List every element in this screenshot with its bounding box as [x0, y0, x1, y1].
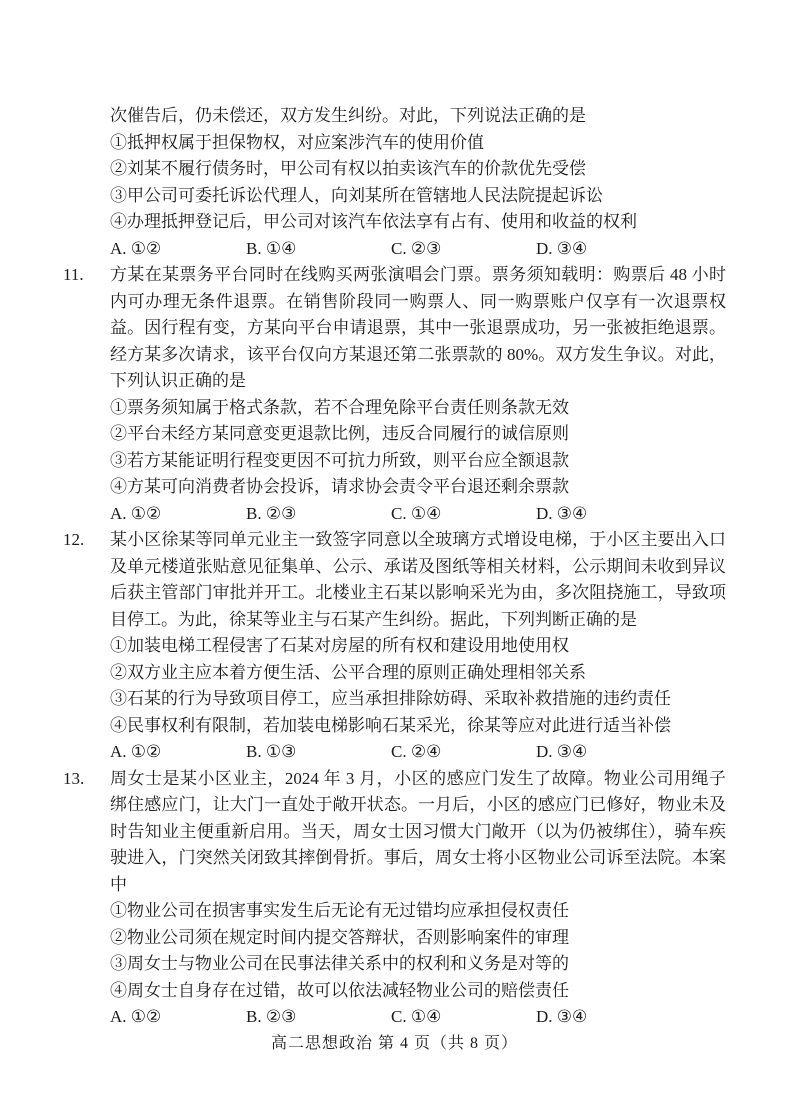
choice-line-1: ①票务须知属于格式条款，若不合理免除平台责任则条款无效	[110, 395, 726, 422]
question-body: 周女士是某小区业主，2024 年 3 月，小区的感应门发生了故障。物业公司用绳子…	[110, 766, 726, 1031]
choice-line-1: ①抵押权属于担保物权，对应案涉汽车的使用价值	[110, 130, 726, 157]
choice-line-3: ③周女士与物业公司在民事法律关系中的权利和义务是对等的	[110, 951, 726, 978]
choice-line-3: ③甲公司可委托诉讼代理人，向刘某所在管辖地人民法院提起诉讼	[110, 183, 726, 210]
answer-option-d: D. ③④	[536, 501, 726, 528]
answer-option-b: B. ②③	[246, 501, 391, 528]
page-footer: 高二思想政治 第 4 页（共 8 页）	[63, 1031, 726, 1058]
question-body: 方某在某票务平台同时在线购买两张演唱会门票。票务须知载明：购票后 48 小时内可…	[110, 262, 726, 527]
answer-option-a: A. ①②	[110, 236, 246, 263]
question-12: 12. 某小区徐某等同单元业主一致签字同意以全玻璃方式增设电梯，于小区主要出入口…	[63, 527, 726, 766]
choice-line-4: ④方某可向消费者协会投诉，请求协会责令平台退还剩余票款	[110, 474, 726, 501]
question-stem: 次催告后，仍未偿还，双方发生纠纷。对此，下列说法正确的是	[110, 103, 726, 130]
choice-line-4: ④民事权利有限制，若加装电梯影响石某采光，徐某等应对此进行适当补偿	[110, 713, 726, 740]
question-number: 13.	[63, 766, 110, 1031]
answer-option-a: A. ①②	[110, 1004, 246, 1031]
answer-option-a: A. ①②	[110, 501, 246, 528]
choice-line-1: ①加装电梯工程侵害了石某对房屋的所有权和建设用地使用权	[110, 633, 726, 660]
answer-option-c: C. ②③	[391, 236, 536, 263]
answer-option-c: C. ①④	[391, 1004, 536, 1031]
question-13: 13. 周女士是某小区业主，2024 年 3 月，小区的感应门发生了故障。物业公…	[63, 766, 726, 1031]
choice-line-4: ④办理抵押登记后，甲公司对该汽车依法享有占有、使用和收益的权利	[110, 209, 726, 236]
answer-option-d: D. ③④	[536, 739, 726, 766]
answer-option-d: D. ③④	[536, 236, 726, 263]
answer-option-c: C. ①④	[391, 501, 536, 528]
question-number	[63, 103, 110, 262]
choice-line-4: ④周女士自身存在过错，故可以依法减轻物业公司的赔偿责任	[110, 978, 726, 1005]
question-body: 次催告后，仍未偿还，双方发生纠纷。对此，下列说法正确的是 ①抵押权属于担保物权，…	[110, 103, 726, 262]
answer-option-b: B. ①③	[246, 739, 391, 766]
answer-row: A. ①② B. ②③ C. ①④ D. ③④	[110, 501, 726, 528]
answer-row: A. ①② B. ①③ C. ②④ D. ③④	[110, 739, 726, 766]
choice-line-3: ③石某的行为导致项目停工，应当承担排除妨碍、采取补救措施的违约责任	[110, 686, 726, 713]
answer-row: A. ①② B. ②③ C. ①④ D. ③④	[110, 1004, 726, 1031]
question-continuation: 次催告后，仍未偿还，双方发生纠纷。对此，下列说法正确的是 ①抵押权属于担保物权，…	[63, 103, 726, 262]
question-number: 12.	[63, 527, 110, 766]
choice-line-2: ②物业公司须在规定时间内提交答辩状，否则影响案件的审理	[110, 925, 726, 952]
question-body: 某小区徐某等同单元业主一致签字同意以全玻璃方式增设电梯，于小区主要出入口及单元楼…	[110, 527, 726, 766]
answer-option-d: D. ③④	[536, 1004, 726, 1031]
choice-line-3: ③若方某能证明行程变更因不可抗力所致，则平台应全额退款	[110, 448, 726, 475]
exam-page: 次催告后，仍未偿还，双方发生纠纷。对此，下列说法正确的是 ①抵押权属于担保物权，…	[0, 0, 800, 1116]
question-stem: 某小区徐某等同单元业主一致签字同意以全玻璃方式增设电梯，于小区主要出入口及单元楼…	[110, 527, 726, 633]
question-stem: 周女士是某小区业主，2024 年 3 月，小区的感应门发生了故障。物业公司用绳子…	[110, 766, 726, 899]
answer-option-c: C. ②④	[391, 739, 536, 766]
question-number: 11.	[63, 262, 110, 527]
choice-line-2: ②双方业主应本着方便生活、公平合理的原则正确处理相邻关系	[110, 660, 726, 687]
question-stem: 方某在某票务平台同时在线购买两张演唱会门票。票务须知载明：购票后 48 小时内可…	[110, 262, 726, 395]
answer-option-b: B. ①④	[246, 236, 391, 263]
answer-option-a: A. ①②	[110, 739, 246, 766]
question-11: 11. 方某在某票务平台同时在线购买两张演唱会门票。票务须知载明：购票后 48 …	[63, 262, 726, 527]
choice-line-2: ②平台未经方某同意变更退款比例，违反合同履行的诚信原则	[110, 421, 726, 448]
answer-row: A. ①② B. ①④ C. ②③ D. ③④	[110, 236, 726, 263]
choice-line-1: ①物业公司在损害事实发生后无论有无过错均应承担侵权责任	[110, 898, 726, 925]
answer-option-b: B. ②③	[246, 1004, 391, 1031]
choice-line-2: ②刘某不履行债务时，甲公司有权以拍卖该汽车的价款优先受偿	[110, 156, 726, 183]
